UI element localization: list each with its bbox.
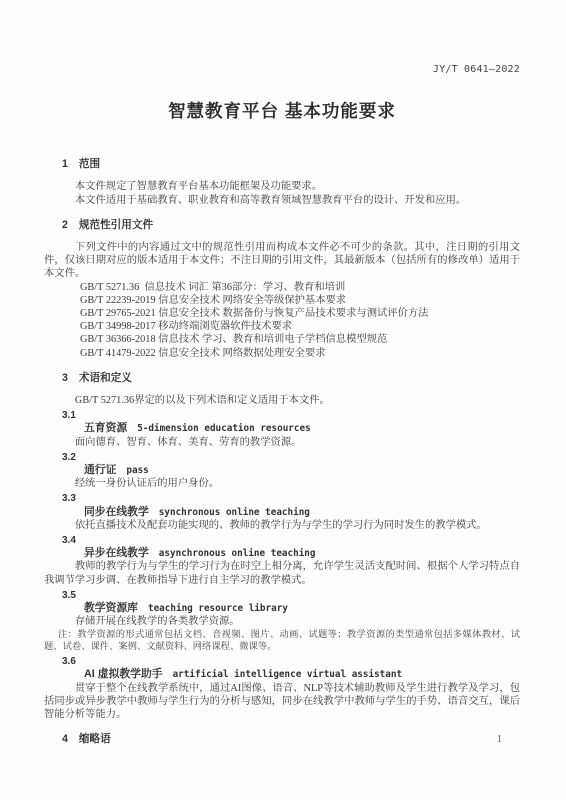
term-number: 3.2 bbox=[62, 451, 520, 464]
term-block: 3.3 同步在线教学synchronous online teaching 依托… bbox=[44, 492, 520, 532]
document-title: 智慧教育平台 基本功能要求 bbox=[44, 100, 520, 122]
clause-number: 4 bbox=[62, 733, 68, 746]
term-name-en: asynchronous online teaching bbox=[159, 548, 316, 559]
term-block: 3.6 AI 虚拟教学助手artificial intelligence vir… bbox=[44, 655, 520, 721]
term-name-en: pass bbox=[126, 465, 148, 476]
clause-number: 1 bbox=[62, 158, 68, 171]
term-number: 3.3 bbox=[62, 492, 520, 505]
term-definition: 依托直播技术及配套功能实现的、教师的教学行为与学生的学习行为同时发生的教学模式。 bbox=[44, 519, 520, 532]
term-name: 教学资源库teaching resource library bbox=[84, 602, 520, 615]
term-definition: 存储开展在线教学的各类教学资源。 bbox=[44, 615, 520, 628]
term-definition: 经统一身份认证后的用户身份。 bbox=[44, 477, 520, 490]
term-name-zh: 同步在线教学 bbox=[84, 506, 149, 518]
term-name-en: synchronous online teaching bbox=[159, 507, 310, 518]
term-name: 异步在线教学asynchronous online teaching bbox=[84, 547, 520, 560]
term-name-zh: 通行证 bbox=[84, 464, 116, 476]
section-3-intro: GB/T 5271.36界定的以及下列术语和定义适用于本文件。 bbox=[44, 394, 520, 407]
clause-title: 术语和定义 bbox=[79, 372, 132, 384]
term-number: 3.1 bbox=[62, 409, 520, 422]
clause-number: 3 bbox=[62, 372, 68, 385]
reference-item: GB/T 36366-2018 信息技术 学习、教育和培训电子学档信息模型规范 bbox=[80, 333, 520, 346]
term-name-en: artificial intelligence virtual assistan… bbox=[173, 669, 403, 680]
term-name-en: teaching resource library bbox=[148, 603, 288, 614]
clause-title: 规范性引用文件 bbox=[79, 219, 153, 231]
doc-number: JY/T 0641—2022 bbox=[44, 63, 520, 76]
term-definition: 贯穿于整个在线教学系统中，通过AI图像、语音、NLP等技术辅助教师及学生进行教学… bbox=[44, 682, 520, 722]
term-definition: 面向德育、智育、体育、美育、劳育的教学资源。 bbox=[44, 436, 520, 449]
term-block: 3.1 五育资源5-dimension education resources … bbox=[44, 409, 520, 449]
term-name: AI 虚拟教学助手artificial intelligence virtual… bbox=[84, 668, 520, 681]
page-number: 1 bbox=[497, 733, 502, 746]
clause-title: 范围 bbox=[79, 158, 100, 170]
section-1-paragraph: 本文件适用于基础教育、职业教育和高等教育领域智慧教育平台的设计、开发和应用。 bbox=[44, 194, 520, 207]
reference-item: GB/T 41479-2022 信息安全技术 网络数据处理安全要求 bbox=[80, 347, 520, 360]
section-3-heading: 3术语和定义 bbox=[62, 372, 520, 385]
section-2-heading: 2规范性引用文件 bbox=[62, 219, 520, 232]
document-page: JY/T 0641—2022 智慧教育平台 基本功能要求 1范围 本文件规定了智… bbox=[0, 0, 566, 800]
reference-item: GB/T 34998-2017 移动终端浏览器软件技术要求 bbox=[80, 320, 520, 333]
term-name-zh: AI 虚拟教学助手 bbox=[84, 668, 163, 680]
term-number: 3.6 bbox=[62, 655, 520, 668]
reference-list: GB/T 5271.36 信息技术 词汇 第36部分：学习、教育和培训 GB/T… bbox=[44, 281, 520, 360]
term-name: 通行证pass bbox=[84, 464, 520, 477]
term-name: 五育资源5-dimension education resources bbox=[84, 422, 520, 435]
term-number: 3.4 bbox=[62, 534, 520, 547]
term-block: 3.5 教学资源库teaching resource library 存储开展在… bbox=[44, 589, 520, 653]
section-1-paragraph: 本文件规定了智慧教育平台基本功能框架及功能要求。 bbox=[44, 180, 520, 193]
reference-item: GB/T 22239-2019 信息安全技术 网络安全等级保护基本要求 bbox=[80, 294, 520, 307]
term-number: 3.5 bbox=[62, 589, 520, 602]
section-2-intro: 下列文件中的内容通过文中的规范性引用而构成本文件必不可少的条款。其中，注日期的引… bbox=[44, 241, 520, 281]
section-1-heading: 1范围 bbox=[62, 158, 520, 171]
term-block: 3.2 通行证pass 经统一身份认证后的用户身份。 bbox=[44, 451, 520, 491]
term-name-zh: 教学资源库 bbox=[84, 602, 138, 614]
term-note: 注：教学资源的形式通常包括文档、音视频、图片、动画、试题等；教学资源的类型通常包… bbox=[44, 629, 520, 654]
clause-number: 2 bbox=[62, 219, 68, 232]
section-4-heading: 4缩略语 bbox=[62, 733, 520, 746]
term-definition: 教师的教学行为与学生的学习行为在时空上相分离，允许学生灵活支配时间、根据个人学习… bbox=[44, 560, 520, 586]
term-name: 同步在线教学synchronous online teaching bbox=[84, 506, 520, 519]
term-block: 3.4 异步在线教学asynchronous online teaching 教… bbox=[44, 534, 520, 587]
clause-title: 缩略语 bbox=[79, 733, 111, 745]
term-name-en: 5-dimension education resources bbox=[137, 423, 311, 434]
reference-item: GB/T 5271.36 信息技术 词汇 第36部分：学习、教育和培训 bbox=[80, 281, 520, 294]
term-name-zh: 异步在线教学 bbox=[84, 547, 149, 559]
term-name-zh: 五育资源 bbox=[84, 422, 127, 434]
reference-item: GB/T 29765-2021 信息安全技术 数据备份与恢复产品技术要求与测试评… bbox=[80, 307, 520, 320]
